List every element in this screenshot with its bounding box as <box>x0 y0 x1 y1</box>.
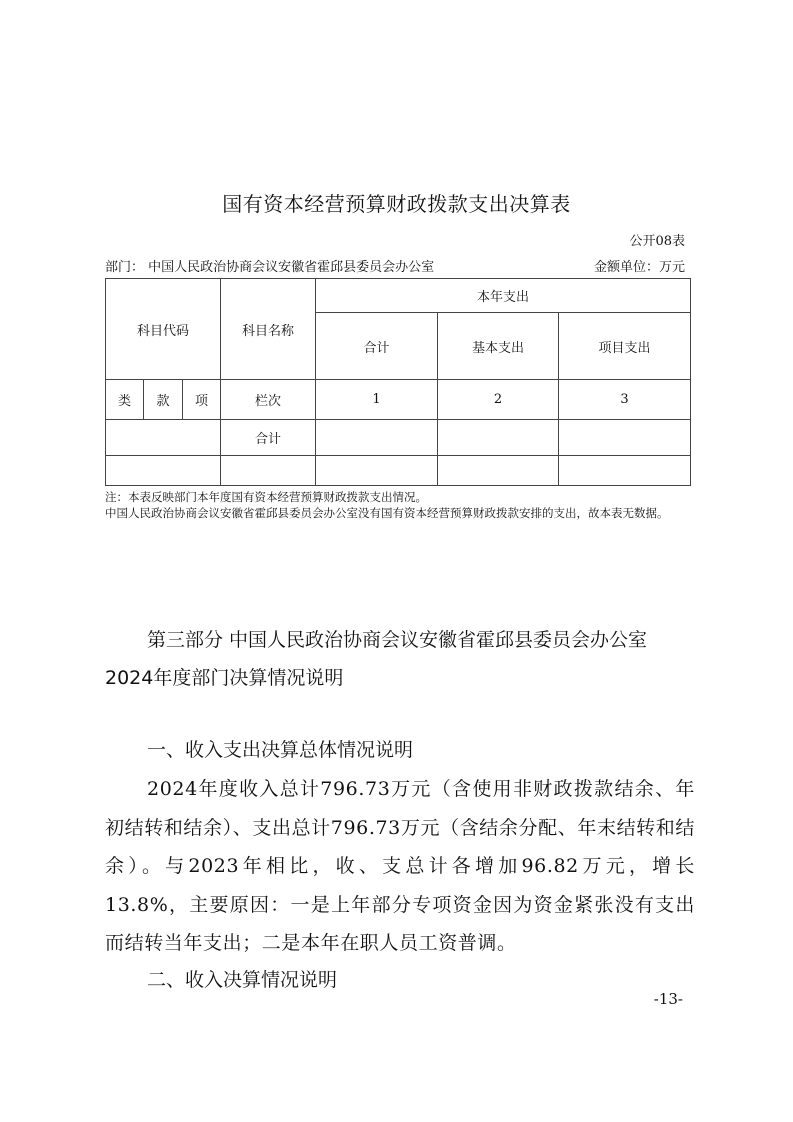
note-line-1: 注：本表反映部门本年度国有资本经营预算财政拨款支出情况。 <box>105 489 695 505</box>
header-project-expense: 项目支出 <box>559 313 691 380</box>
header-total: 合计 <box>316 313 438 380</box>
row-total <box>316 420 438 456</box>
part-heading: 第三部分 中国人民政治协商会议安徽省霍邱县委员会办公室2024年度部门决算情况说… <box>105 621 695 697</box>
code-class: 类 <box>106 380 144 420</box>
header-current-year-expense: 本年支出 <box>316 279 691 313</box>
row-total <box>316 456 438 486</box>
row-project <box>559 456 691 486</box>
row-project <box>559 420 691 456</box>
column-index-3: 3 <box>559 380 691 420</box>
header-subject-code: 科目代码 <box>106 279 221 380</box>
department-label: 部门： <box>105 260 144 275</box>
code-item: 项 <box>183 380 221 420</box>
department-line: 部门： 中国人民政治协商会议安徽省霍邱县委员会办公室 <box>105 256 434 275</box>
table-title: 国有资本经营预算财政拨款支出决算表 <box>0 188 793 217</box>
section2-heading: 二、收入决算情况说明 <box>147 965 337 992</box>
column-index-2: 2 <box>438 380 559 420</box>
amount-unit: 金额单位：万元 <box>594 256 685 275</box>
table-row <box>106 456 691 486</box>
table-number: 公开08表 <box>629 230 685 249</box>
note-line-2: 中国人民政治协商会议安徽省霍邱县委员会办公室没有国有资本经营预算财政拨款安排的支… <box>105 505 695 521</box>
code-section: 款 <box>144 380 183 420</box>
column-index-label: 栏次 <box>221 380 316 420</box>
header-basic-expense: 基本支出 <box>438 313 559 380</box>
section1-body: 2024年度收入总计796.73万元（含使用非财政拨款结余、年初结转和结余）、支… <box>105 770 695 963</box>
table-notes: 注：本表反映部门本年度国有资本经营预算财政拨款支出情况。 中国人民政治协商会议安… <box>105 489 695 521</box>
row-name <box>221 456 316 486</box>
header-subject-name: 科目名称 <box>221 279 316 380</box>
expense-table: 科目代码 科目名称 本年支出 合计 基本支出 项目支出 类 款 项 栏次 1 2… <box>105 278 691 486</box>
department-name: 中国人民政治协商会议安徽省霍邱县委员会办公室 <box>148 260 434 275</box>
table-row: 合计 <box>106 420 691 456</box>
row-basic <box>438 456 559 486</box>
column-index-1: 1 <box>316 380 438 420</box>
row-basic <box>438 420 559 456</box>
row-code <box>106 456 221 486</box>
row-code <box>106 420 221 456</box>
section1-heading: 一、收入支出决算总体情况说明 <box>147 735 413 762</box>
page-number: -13- <box>654 990 683 1008</box>
row-name: 合计 <box>221 420 316 456</box>
